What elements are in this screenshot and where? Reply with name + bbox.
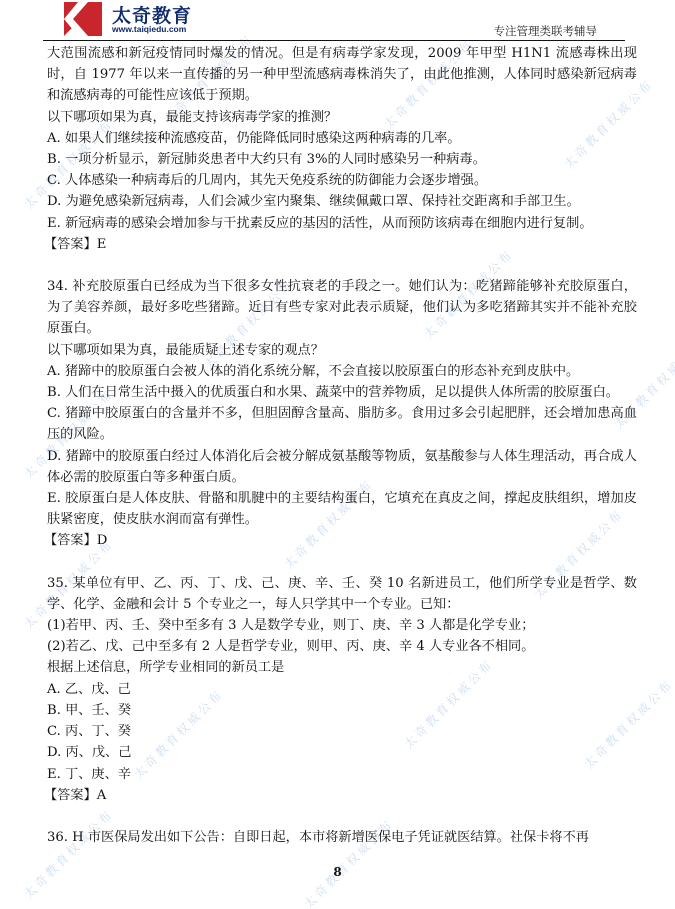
option-a: A. 猪蹄中的胶原蛋白会被人体的消化系统分解，不会直接以胶原蛋白的形态补充到皮肤… [47, 361, 637, 382]
option-c: C. 丙、丁、癸 [47, 721, 637, 742]
option-d: D. 猪蹄中的胶原蛋白经过人体消化后会被分解成氨基酸等物质，氨基酸参与人体生理活… [47, 446, 637, 488]
header-tagline: 专注管理类联考辅导 [494, 23, 598, 39]
question-stem: 35. 某单位有甲、乙、丙、丁、戊、己、庚、辛、壬、癸 10 名新进员工，他们所… [47, 573, 637, 615]
question-34: 34. 补充胶原蛋白已经成为当下很多女性抗衰老的手段之一。她们认为：吃猪蹄能够补… [47, 276, 637, 552]
question-36: 36. H 市医保局发出如下公告：自即日起，本市将新增医保电子凭证就医结算。社保… [47, 827, 637, 848]
header-divider [43, 40, 625, 41]
option-e: E. 新冠病毒的感染会增加参与干扰素反应的基因的活性，从而预防该病毒在细胞内进行… [47, 213, 637, 234]
spacer [47, 552, 637, 573]
logo-url: www.taiqiedu.com [112, 24, 186, 34]
page-header: 太奇教育 www.taiqiedu.com 专注管理类联考辅导 [0, 0, 675, 42]
answer: 【答案】D [44, 530, 637, 551]
option-a: A. 乙、戊、己 [47, 679, 637, 700]
question-35: 35. 某单位有甲、乙、丙、丁、戊、己、庚、辛、壬、癸 10 名新进员工，他们所… [47, 573, 637, 806]
option-b: B. 人们在日常生活中摄入的优质蛋白和水果、蔬菜中的营养物质，足以提供人体所需的… [47, 382, 637, 403]
question-stem: 36. H 市医保局发出如下公告：自即日起，本市将新增医保电子凭证就医结算。社保… [47, 827, 637, 848]
spacer [47, 255, 637, 276]
question-prompt: 以下哪项如果为真，最能质疑上述专家的观点？ [47, 340, 637, 361]
question-prompt: 根据上述信息，所学专业相同的新员工是 [47, 657, 637, 678]
logo-icon [64, 2, 102, 36]
option-a: A. 如果人们继续接种流感疫苗，仍能降低同时感染这两种病毒的几率。 [47, 128, 637, 149]
answer: 【答案】E [44, 234, 637, 255]
option-e: E. 胶原蛋白是人体皮肤、骨骼和肌腱中的主要结构蛋白，它填充在真皮之间，撑起皮肤… [47, 488, 637, 530]
option-c: C. 猪蹄中胶原蛋白的含量并不多，但胆固醇含量高、脂肪多。食用过多会引起肥胖，还… [47, 403, 637, 445]
option-d: D. 丙、戊、己 [47, 742, 637, 763]
option-e: E. 丁、庚、辛 [47, 764, 637, 785]
condition-2: (2)若乙、戊、己中至多有 2 人是哲学专业，则甲、丙、庚、辛 4 人专业各不相… [47, 636, 637, 657]
answer: 【答案】A [44, 785, 637, 806]
document-body: 大范围流感和新冠疫情同时爆发的情况。但是有病毒学家发现，2009 年甲型 H1N… [47, 43, 637, 848]
option-c: C. 人体感染一种病毒后的几周内，其先天免疫系统的防御能力会逐步增强。 [47, 170, 637, 191]
page-number: 8 [0, 865, 675, 879]
option-b: B. 甲、壬、癸 [47, 700, 637, 721]
question-stem: 34. 补充胶原蛋白已经成为当下很多女性抗衰老的手段之一。她们认为：吃猪蹄能够补… [47, 276, 637, 340]
question-prompt: 以下哪项如果为真，最能支持该病毒学家的推测？ [47, 107, 637, 128]
question-33: 大范围流感和新冠疫情同时爆发的情况。但是有病毒学家发现，2009 年甲型 H1N… [47, 43, 637, 255]
condition-1: (1)若甲、丙、壬、癸中至多有 3 人是数学专业，则丁、庚、辛 3 人都是化学专… [47, 615, 637, 636]
option-b: B. 一项分析显示，新冠肺炎患者中大约只有 3%的人同时感染另一种病毒。 [47, 149, 637, 170]
option-d: D. 为避免感染新冠病毒，人们会减少室内聚集、继续佩戴口罩、保持社交距离和手部卫… [47, 191, 637, 212]
spacer [47, 806, 637, 827]
question-stem: 大范围流感和新冠疫情同时爆发的情况。但是有病毒学家发现，2009 年甲型 H1N… [47, 43, 637, 107]
